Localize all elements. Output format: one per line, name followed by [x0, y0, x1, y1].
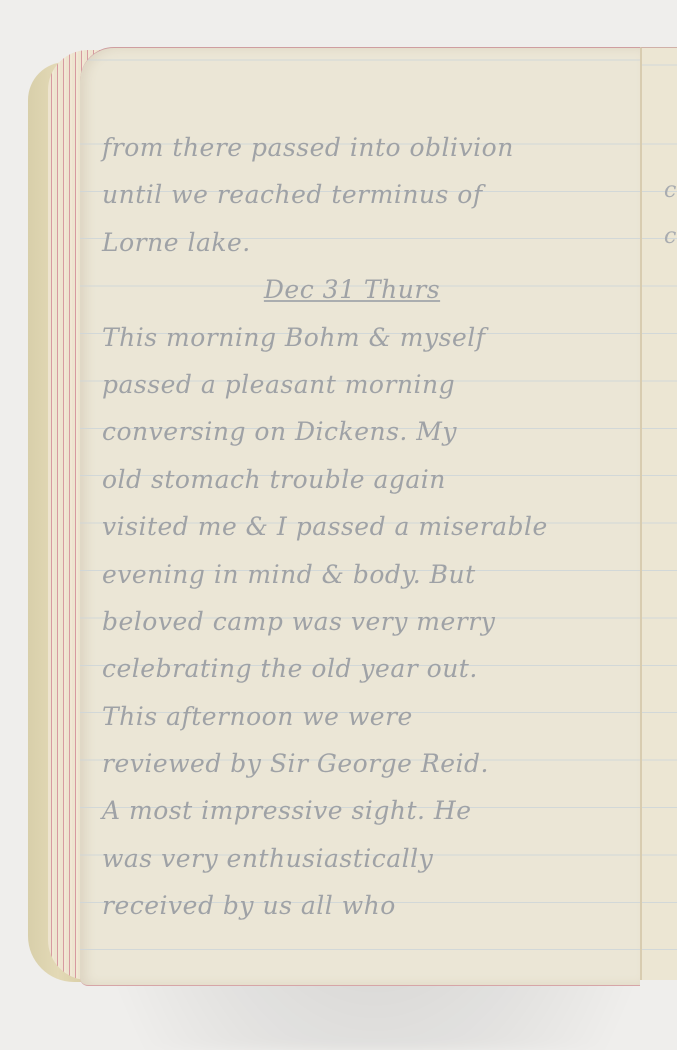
entry-date-text: Dec 31 Thurs: [264, 275, 440, 304]
right-page-fragment: c: [664, 178, 676, 203]
diary-line: conversing on Dickens. My: [102, 408, 640, 455]
diary-line: celebrating the old year out.: [102, 645, 640, 692]
entry-date-heading: Dec 31 Thurs: [102, 266, 640, 313]
diary-line: was very enthusiastically: [102, 835, 640, 882]
diary-line: This afternoon we were: [102, 693, 640, 740]
diary-line: beloved camp was very merry: [102, 598, 640, 645]
diary-line: reviewed by Sir George Reid.: [102, 740, 640, 787]
diary-text: from there passed into oblivion until we…: [102, 124, 640, 930]
diary-line: This morning Bohm & myself: [102, 314, 640, 361]
right-page-fragment: c: [664, 224, 676, 249]
diary-line: until we reached terminus of: [102, 171, 640, 218]
diary-line: evening in mind & body. But: [102, 551, 640, 598]
diary-line: received by us all who: [102, 882, 640, 929]
diary-line: from there passed into oblivion: [102, 124, 640, 171]
diary-line: Lorne lake.: [102, 219, 640, 266]
right-page: c c: [640, 47, 677, 980]
left-page: from there passed into oblivion until we…: [80, 47, 640, 986]
diary-line: old stomach trouble again: [102, 456, 640, 503]
diary-line: visited me & I passed a miserable: [102, 503, 640, 550]
diary-line: A most impressive sight. He: [102, 787, 640, 834]
diary-line: passed a pleasant morning: [102, 361, 640, 408]
